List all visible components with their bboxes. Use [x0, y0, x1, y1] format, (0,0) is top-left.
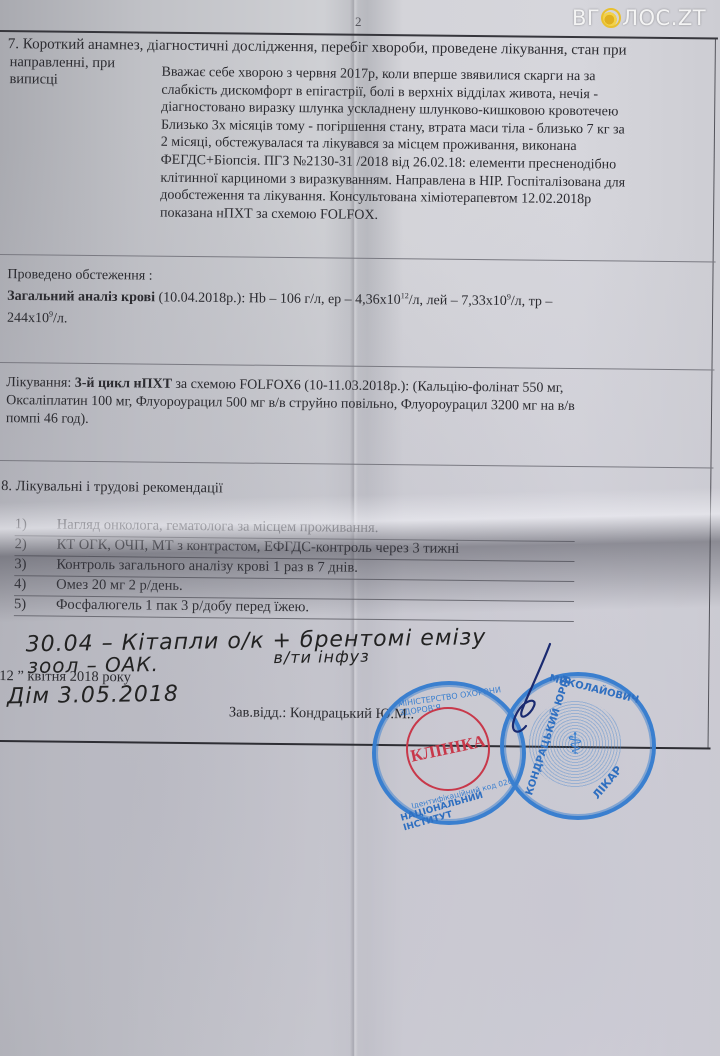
item-text: Омез 20 мг 2 р/день. [56, 577, 183, 595]
section7-anamnesis: Вважає себе хворою з червня 2017р, коли … [160, 64, 700, 228]
watermark-text-right: ЛОС.ZT [622, 6, 706, 30]
item-number: 4) [14, 576, 56, 593]
item-number: 1) [15, 516, 57, 533]
clinic-label: КЛІНІКА [409, 731, 488, 766]
handwritten-note-aside: в/ти інфуз [273, 647, 369, 668]
blood-test-date: (10.04.2018р.): [158, 290, 245, 306]
wbc-unit: /л, тр – [511, 294, 553, 309]
treatment-cycle: 3-й цикл нПХТ [75, 376, 172, 392]
page-number: 2 [355, 14, 362, 30]
recommendations-list: 1)Нагляд онколога, гематолога за місцем … [14, 516, 575, 622]
megaphone-icon [601, 8, 621, 28]
item-text: Контроль загального аналізу крові 1 раз … [56, 557, 358, 577]
blood-test-name: Загальний аналіз крові [7, 289, 155, 306]
plt-value: 244х10 [7, 310, 49, 325]
item-text: Фосфалюгель 1 пак 3 р/добу перед їжею. [56, 597, 309, 617]
section8-title: 8. Лікувальні і трудові рекомендації [1, 478, 223, 497]
plt-unit: /л. [53, 311, 68, 326]
caduceus-icon: ⚕ [567, 727, 583, 762]
divider [0, 362, 714, 371]
stamp-inner-circle: КЛІНІКА [406, 707, 490, 791]
treatment-block: Лікування: 3-й цикл нПХТ за схемою FOLFO… [6, 374, 697, 435]
doctor-stamp: МИКОЛАЙОВИЧ КОНДРАЦЬКИЙ ЮРІЙ ⚕ ЛІКАР [500, 672, 656, 820]
rbc-unit: /л, [409, 293, 424, 308]
item-number: 3) [14, 556, 56, 573]
rbc-value: ер – 4,36х10 [328, 292, 401, 308]
head-label: Зав.відд.: [229, 704, 287, 721]
divider [0, 254, 716, 263]
item-text: КТ ОГК, ОЧП, МТ з контрастом, ЕФГДС-конт… [57, 537, 460, 558]
examination-block: Проведено обстеження : Загальний аналіз … [7, 266, 698, 334]
rbc-exponent: 12 [401, 291, 409, 300]
site-watermark: ВГ ЛОС.ZT [572, 6, 706, 30]
treatment-regimen: за схемою FOLFOX6 (10-11.03.2018р.): (Ка… [172, 377, 564, 396]
hb-value: Hb – 106 г/л, [249, 291, 325, 307]
table-border [708, 39, 716, 747]
section7-left-label: направленні, при виписці [9, 54, 139, 89]
treatment-label: Лікування: [6, 375, 71, 391]
handwritten-date: Дім 3.05.2018 [7, 682, 179, 710]
item-text: Нагляд онколога, гематолога за місцем пр… [57, 517, 379, 537]
item-number: 2) [15, 536, 57, 553]
divider [0, 460, 713, 469]
watermark-text-left: ВГ [572, 6, 600, 30]
wbc-value: лей – 7,33х10 [427, 293, 507, 309]
discharge-document: 7. Короткий анамнез, діагностичні дослід… [0, 30, 718, 749]
item-number: 5) [14, 596, 56, 613]
